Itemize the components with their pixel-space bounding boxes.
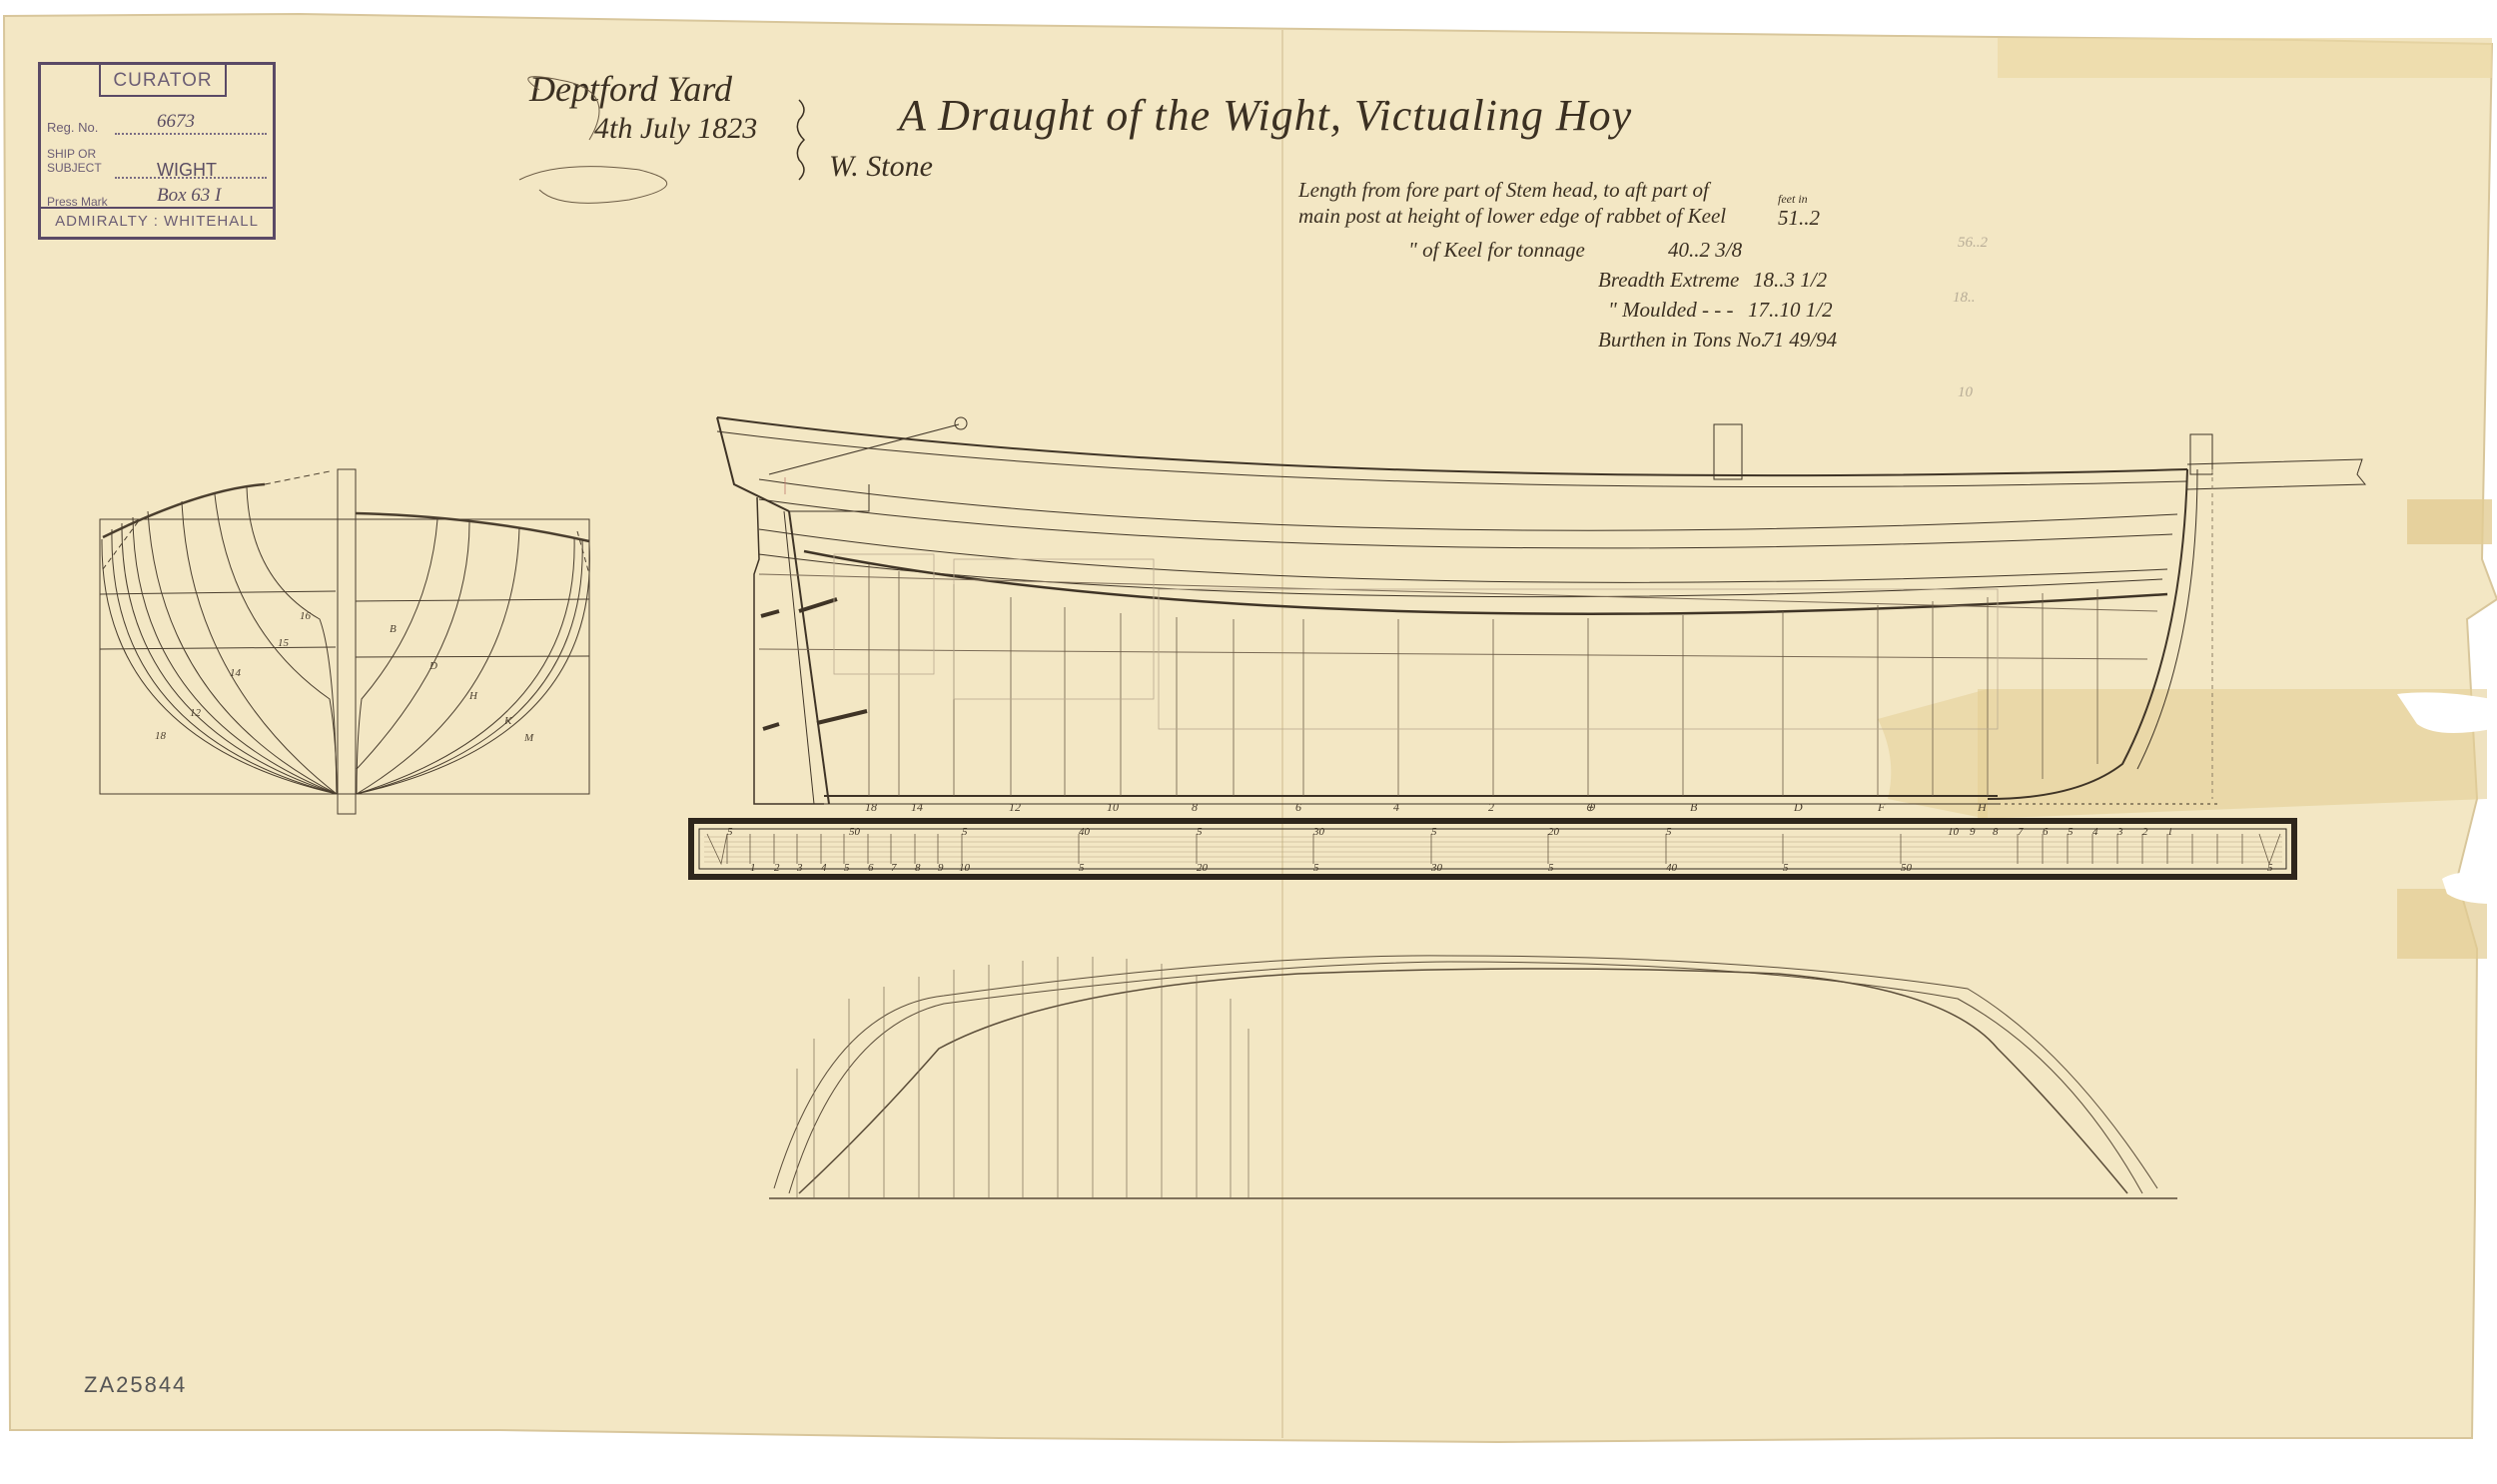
svg-text:5: 5 — [1079, 862, 1085, 874]
svg-text:⊕: ⊕ — [1585, 800, 1596, 814]
svg-text:14: 14 — [230, 667, 242, 679]
svg-text:50: 50 — [849, 826, 861, 838]
svg-text:10: 10 — [959, 862, 971, 874]
svg-text:2: 2 — [1488, 800, 1494, 814]
svg-text:7: 7 — [891, 862, 897, 874]
svg-text:50: 50 — [1901, 862, 1913, 874]
svg-text:5: 5 — [1313, 862, 1319, 874]
svg-text:1: 1 — [2167, 826, 2173, 838]
svg-text:4: 4 — [2092, 826, 2098, 838]
svg-text:7: 7 — [2018, 826, 2024, 838]
svg-text:8: 8 — [1192, 800, 1198, 814]
svg-text:2: 2 — [2142, 826, 2148, 838]
svg-text:3: 3 — [796, 862, 803, 874]
svg-text:8: 8 — [915, 862, 921, 874]
svg-text:5: 5 — [727, 826, 733, 838]
svg-text:16: 16 — [300, 610, 312, 622]
svg-text:20: 20 — [1197, 862, 1209, 874]
svg-text:12: 12 — [190, 707, 202, 719]
svg-text:5: 5 — [1431, 826, 1437, 838]
svg-text:5: 5 — [2068, 826, 2074, 838]
svg-text:12: 12 — [1009, 800, 1021, 814]
svg-text:10: 10 — [1948, 826, 1960, 838]
svg-text:30: 30 — [1430, 862, 1443, 874]
svg-text:10: 10 — [1107, 800, 1119, 814]
body-plan: 18 12 14 15 16 B D H K M — [100, 469, 589, 814]
svg-text:30: 30 — [1312, 826, 1325, 838]
archive-number: ZA25844 — [84, 1372, 187, 1398]
svg-text:H: H — [1977, 800, 1988, 814]
svg-text:4: 4 — [821, 862, 827, 874]
svg-text:4: 4 — [1393, 800, 1399, 814]
svg-text:6: 6 — [1295, 800, 1301, 814]
svg-text:5: 5 — [1666, 826, 1672, 838]
svg-text:40: 40 — [1079, 826, 1091, 838]
svg-text:6: 6 — [2043, 826, 2049, 838]
svg-text:H: H — [468, 690, 478, 702]
svg-text:20: 20 — [1548, 826, 1560, 838]
svg-text:40: 40 — [1666, 862, 1678, 874]
sheer-plan: 181412 1086 42⊕ BDF H — [717, 417, 2365, 814]
svg-text:18: 18 — [155, 730, 167, 742]
svg-text:5: 5 — [2267, 862, 2273, 874]
svg-text:18: 18 — [865, 800, 877, 814]
half-breadth-plan — [769, 956, 2177, 1198]
svg-text:5: 5 — [962, 826, 968, 838]
svg-text:B: B — [1690, 800, 1698, 814]
svg-text:5: 5 — [1548, 862, 1554, 874]
svg-text:14: 14 — [911, 800, 923, 814]
svg-text:2: 2 — [774, 862, 780, 874]
svg-text:9: 9 — [938, 862, 944, 874]
ship-drawings: 18 12 14 15 16 B D H K M — [0, 0, 2497, 1484]
svg-text:K: K — [503, 715, 512, 727]
svg-text:F: F — [1877, 800, 1886, 814]
ship-plan-sheet: CURATOR Reg. No. 6673 SHIP OR SUBJECT WI… — [0, 0, 2497, 1484]
svg-text:3: 3 — [2116, 826, 2123, 838]
svg-text:6: 6 — [868, 862, 874, 874]
svg-text:B: B — [390, 623, 397, 635]
svg-text:5: 5 — [844, 862, 850, 874]
svg-text:15: 15 — [278, 637, 290, 649]
svg-text:D: D — [1793, 800, 1803, 814]
svg-text:8: 8 — [1993, 826, 1999, 838]
svg-text:1: 1 — [750, 862, 756, 874]
svg-text:5: 5 — [1197, 826, 1203, 838]
svg-text:M: M — [523, 732, 534, 744]
svg-text:D: D — [428, 660, 437, 672]
svg-text:9: 9 — [1970, 826, 1976, 838]
svg-text:5: 5 — [1783, 862, 1789, 874]
scale-bar: 5505 40530 5205 1098 765 432 1 123 456 7… — [691, 821, 2294, 877]
